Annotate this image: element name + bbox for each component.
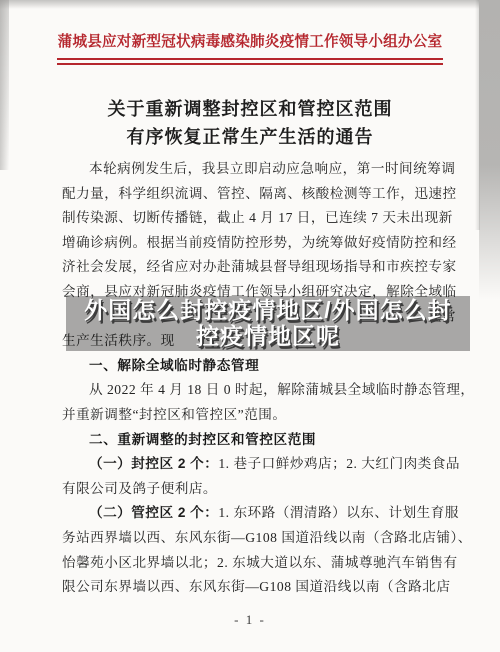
caption-overlay: 外国怎么封控疫情地区/外国怎么封 控疫情地区呢 (60, 297, 476, 349)
section1-heading: 一、解除全域临时静态管理 (62, 354, 458, 379)
body-line: 限公司东界墙以西、东风东街—G108 国道沿线以南（含路北店 (62, 575, 458, 600)
document-title: 关于重新调整封控区和管控区范围 有序恢复正常生产生活的通告 (0, 95, 500, 151)
item2-label: （二）管控区 2 个： (89, 505, 218, 520)
scanned-notice-photo: 蒲城县应对新型冠状病毒感染肺炎疫情工作领导小组办公室 关于重新调整封控区和管控区… (0, 0, 500, 652)
photo-edge-top (0, 0, 500, 9)
item1-label: （一）封控区 2 个： (89, 456, 218, 471)
caption-line2: 控疫情地区呢 (60, 323, 476, 349)
body-line: 从 2022 年 4 月 18 日 0 时起，解除蒲城县全域临时静态管理， (62, 378, 458, 403)
caption-line1: 外国怎么封控疫情地区/外国怎么封 (60, 297, 476, 323)
photo-edge-left (0, 0, 9, 170)
letterhead-office-name: 蒲城县应对新型冠状病毒感染肺炎疫情工作领导小组办公室 (30, 30, 470, 51)
document-title-line1: 关于重新调整封控区和管控区范围 (0, 95, 500, 123)
body-line: 务站西界墙以西、东风东街—G108 国道沿线以南（含路北店铺）、 (62, 526, 458, 551)
body-line: 配力量，科学组织流调、管控、隔离、核酸检测等工作，迅速控 (62, 182, 458, 207)
item2-text: 1. 东环路（渭清路）以东、计划生育服 (218, 505, 459, 520)
body-line: 怡馨苑小区北界墙以北；2. 东城大道以东、蒲城尊驰汽车销售有 (62, 551, 458, 576)
section2-heading: 二、重新调整的封控区和管控区范围 (62, 428, 458, 453)
body-line: 本轮病例发生后，我县立即启动应急响应，第一时间统筹调 (62, 157, 458, 182)
body-line: 制传染源、切断传播链，截止 4 月 17 日，已连续 7 天未出现新 (62, 206, 458, 231)
document-body: 本轮病例发生后，我县立即启动应急响应，第一时间统筹调 配力量，科学组织流调、管控… (62, 157, 458, 600)
photo-edge-right (479, 0, 500, 300)
body-line: 并重新调整“封控区和管控区”范围。 (62, 403, 458, 428)
page-number: - 1 - (0, 612, 500, 628)
body-line: （一）封控区 2 个：1. 巷子口鲜炒鸡店；2. 大红门肉类食品 (62, 452, 458, 477)
letterhead-double-rule (57, 58, 443, 65)
body-line: （二）管控区 2 个：1. 东环路（渭清路）以东、计划生育服 (62, 501, 458, 526)
body-line: 有限公司及鸽子便利店。 (62, 477, 458, 502)
document-title-line2: 有序恢复正常生产生活的通告 (0, 123, 500, 151)
item1-text: 1. 巷子口鲜炒鸡店；2. 大红门肉类食品 (218, 456, 460, 471)
body-line: 增确诊病例。根据当前疫情防控形势，为统筹做好疫情防控和经 (62, 231, 458, 256)
body-line: 济社会发展，经省应对办赴蒲城县督导组现场指导和市疾控专家 (62, 255, 458, 280)
